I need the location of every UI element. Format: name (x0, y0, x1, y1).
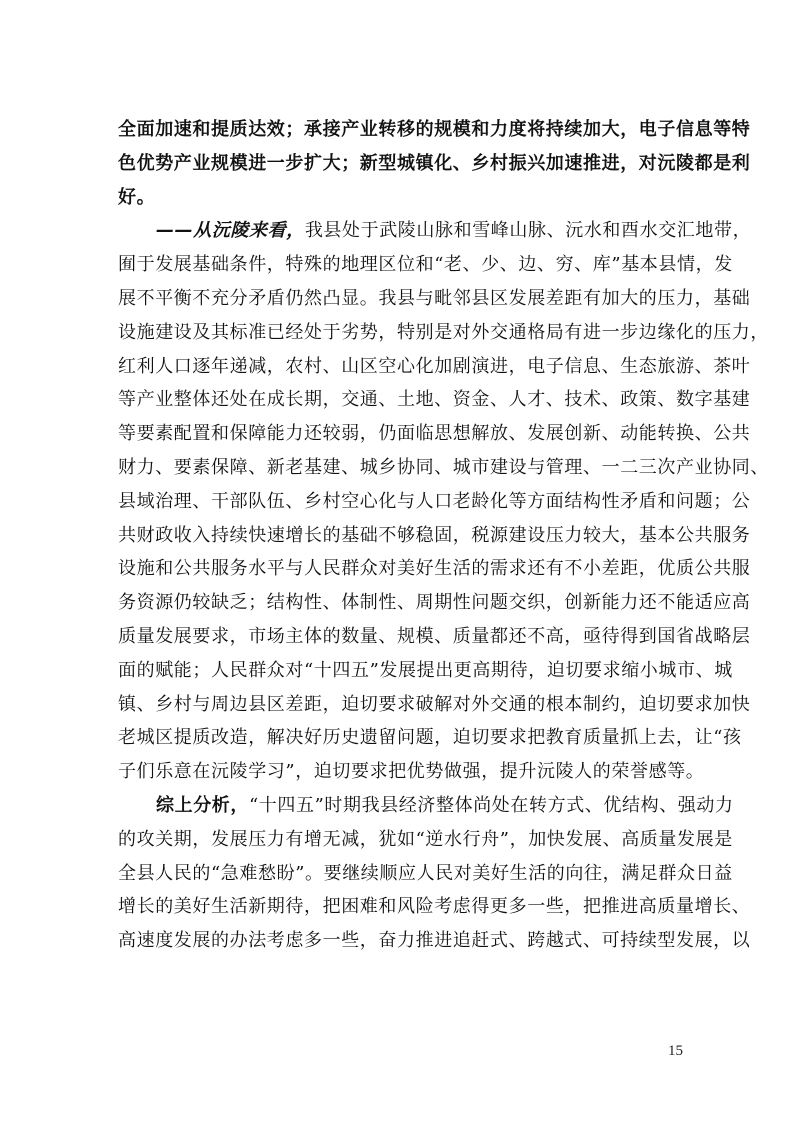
text-line: 囿于发展基础条件，特殊的地理区位和“老、少、边、穷、库”基本县情，发 (118, 248, 700, 282)
text-line: 质量发展要求，市场主体的数量、规模、质量都还不高，亟待得到国省战略层 (118, 620, 700, 654)
text-line: 高速度发展的办法考虑多一些，奋力推进追赶式、跨越式、可持续型发展，以 (118, 924, 700, 958)
text-line: 红利人口逐年递减，农村、山区空心化加剧演进，电子信息、生态旅游、茶叶 (118, 350, 700, 384)
text-line: 好。 (118, 181, 700, 215)
paragraph-opportunities-conclusion: 全面加速和提质达效；承接产业转移的规模和力度将持续加大，电子信息等特 色优势产业… (118, 113, 700, 214)
paragraph-lead-heading: ——从沅陵来看， (156, 220, 305, 241)
text-line: 增长的美好生活新期待，把困难和风险考虑得更多一些，把推进高质量增长、 (118, 890, 700, 924)
text-run: “十四五”时期我县经济整体尚处在转方式、优结构、强动力 (249, 795, 734, 816)
page-number: 15 (668, 1043, 683, 1060)
text-line: 等产业整体还处在成长期，交通、土地、资金、人才、技术、政策、数字基建 (118, 383, 700, 417)
paragraph-summary: 综上分析，“十四五”时期我县经济整体尚处在转方式、优结构、强动力 的攻关期，发展… (118, 789, 700, 958)
paragraph-lead-heading: 综上分析， (156, 795, 249, 816)
text-line: 展不平衡不充分矛盾仍然凸显。我县与毗邻县区发展差距有加大的压力，基础 (118, 282, 700, 316)
text-line: 财力、要素保障、新老基建、城乡协同、城市建设与管理、一二三次产业协同、 (118, 451, 700, 485)
text-line: 镇、乡村与周边县区差距，迫切要求破解对外交通的根本制约，迫切要求加快 (118, 688, 700, 722)
text-line: 全县人民的“急难愁盼”。要继续顺应人民对美好生活的向往，满足群众日益 (118, 857, 700, 891)
text-line: 老城区提质改造，解决好历史遗留问题，迫切要求把教育质量抓上去，让“孩 (118, 721, 700, 755)
text-line: 面的赋能；人民群众对“十四五”发展提出更高期待，迫切要求缩小城市、城 (118, 654, 700, 688)
text-line: 务资源仍较缺乏；结构性、体制性、周期性问题交织，创新能力还不能适应高 (118, 586, 700, 620)
text-line: 综上分析，“十四五”时期我县经济整体尚处在转方式、优结构、强动力 (118, 789, 700, 823)
text-line: 等要素配置和保障能力还较弱，仍面临思想解放、发展创新、动能转换、公共 (118, 417, 700, 451)
text-line: 子们乐意在沅陵学习”，迫切要求把优势做强，提升沅陵人的荣誉感等。 (118, 755, 700, 789)
text-line: 的攻关期，发展压力有增无减，犹如“逆水行舟”，加快发展、高质量发展是 (118, 823, 700, 857)
page-body: 全面加速和提质达效；承接产业转移的规模和力度将持续加大，电子信息等特 色优势产业… (118, 113, 700, 958)
text-line: 全面加速和提质达效；承接产业转移的规模和力度将持续加大，电子信息等特 (118, 113, 700, 147)
paragraph-yuanling-analysis: ——从沅陵来看，我县处于武陵山脉和雪峰山脉、沅水和酉水交汇地带， 囿于发展基础条… (118, 214, 700, 789)
text-line: 共财政收入持续快速增长的基础不够稳固，税源建设压力较大，基本公共服务 (118, 519, 700, 553)
text-line: 设施和公共服务水平与人民群众对美好生活的需求还有不小差距，优质公共服 (118, 552, 700, 586)
text-line: 设施建设及其标准已经处于劣势，特别是对外交通格局有进一步边缘化的压力， (118, 316, 700, 350)
text-line: 县域治理、干部队伍、乡村空心化与人口老龄化等方面结构性矛盾和问题；公 (118, 485, 700, 519)
text-run: 我县处于武陵山脉和雪峰山脉、沅水和酉水交汇地带， (305, 220, 751, 241)
text-line: ——从沅陵来看，我县处于武陵山脉和雪峰山脉、沅水和酉水交汇地带， (118, 214, 700, 248)
document-page: 全面加速和提质达效；承接产业转移的规模和力度将持续加大，电子信息等特 色优势产业… (0, 0, 793, 1122)
text-line: 色优势产业规模进一步扩大；新型城镇化、乡村振兴加速推进，对沅陵都是利 (118, 147, 700, 181)
